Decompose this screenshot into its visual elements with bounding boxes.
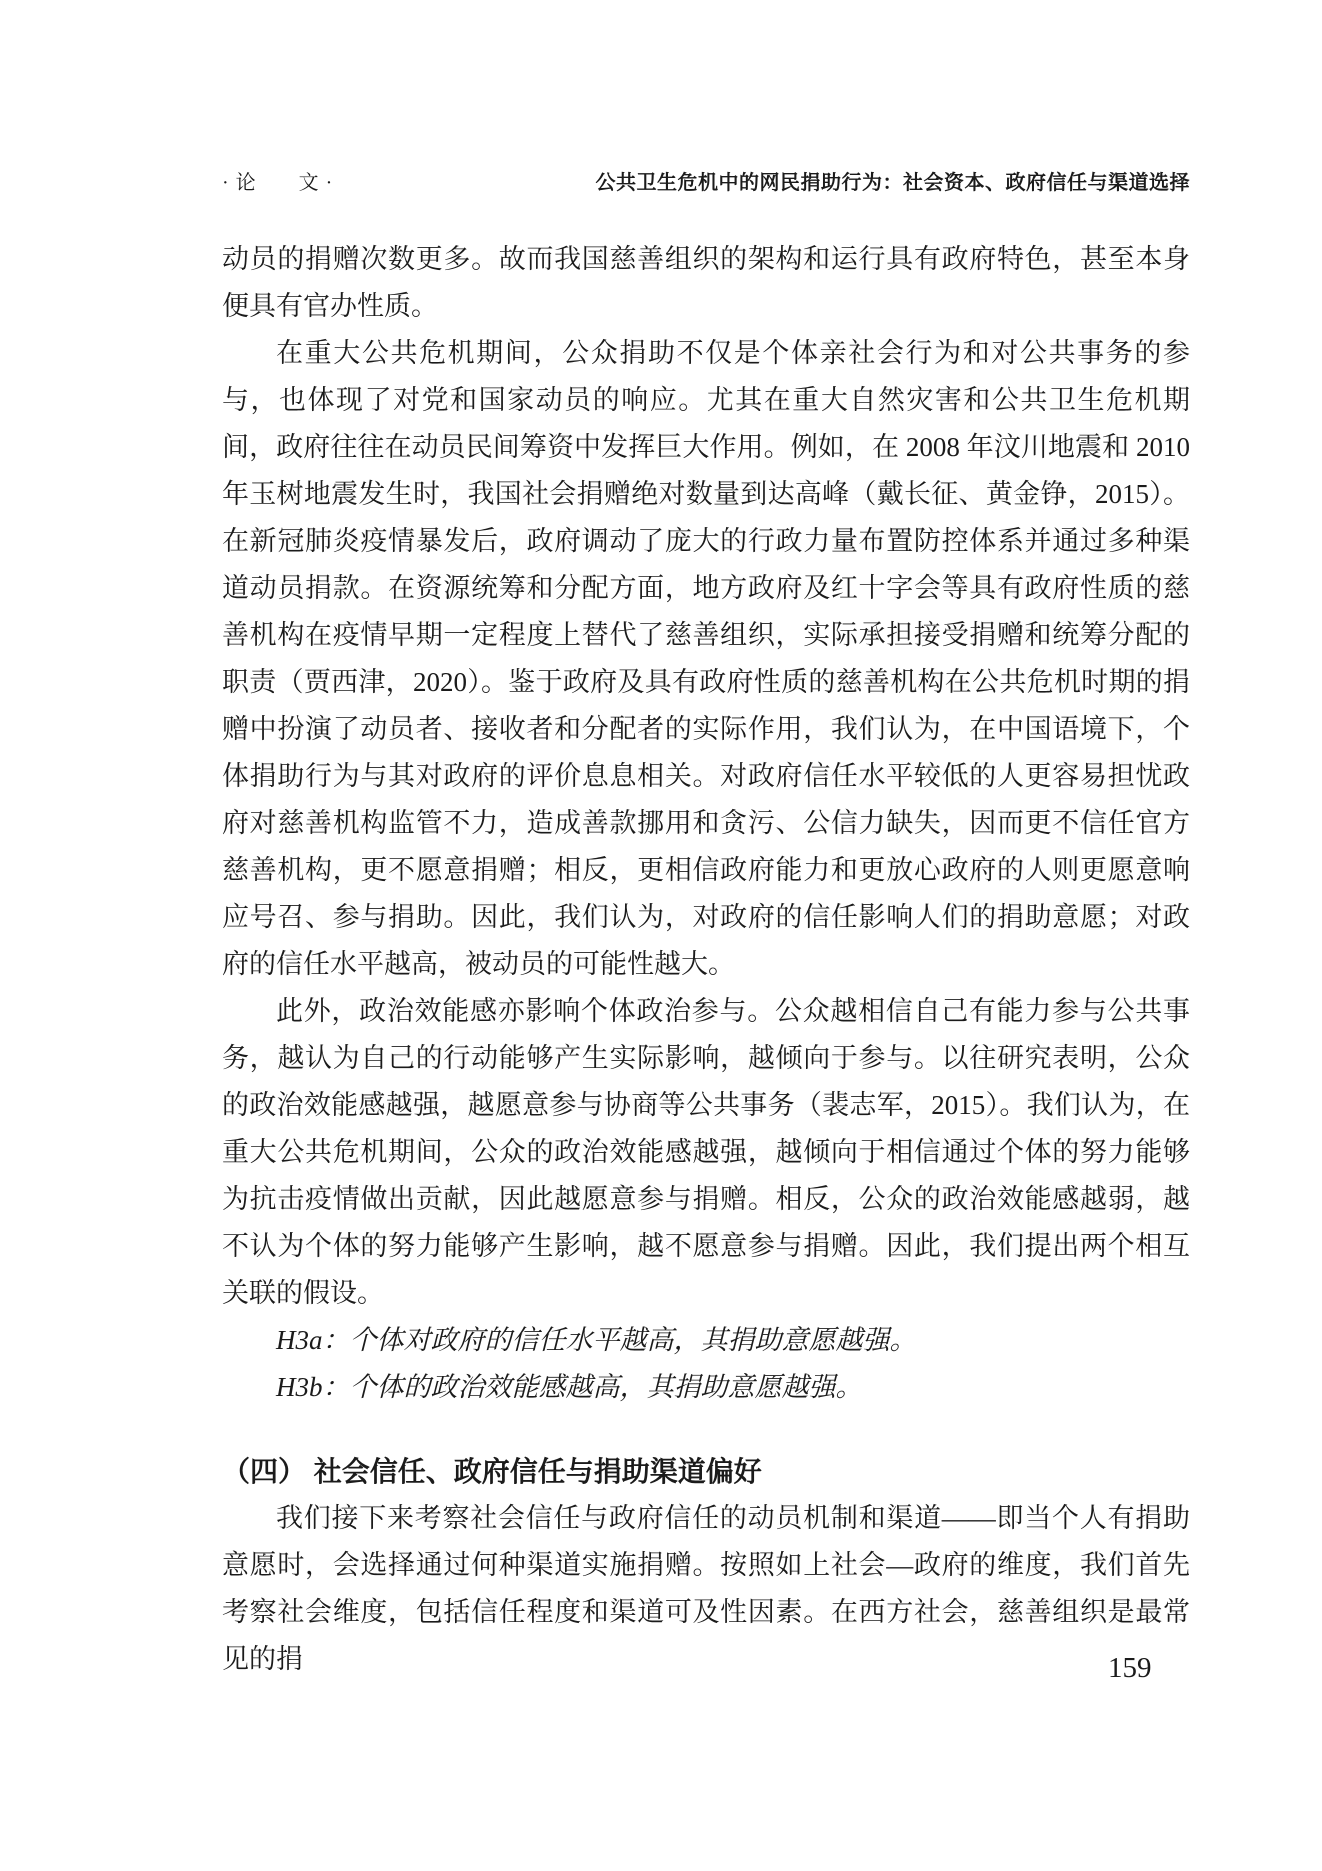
hypothesis-h3b: H3b：个体的政治效能感越高，其捐助意愿越强。 [222, 1364, 1190, 1411]
paragraph-continuation: 动员的捐赠次数更多。故而我国慈善组织的架构和运行具有政府特色，甚至本身便具有官办… [222, 236, 1190, 330]
header-article-type: · 论 文 · [222, 166, 333, 195]
paragraph-channel-preference: 我们接下来考察社会信任与政府信任的动员机制和渠道——即当个人有捐助意愿时，会选择… [222, 1495, 1190, 1683]
paragraph-government-trust: 在重大公共危机期间，公众捐助不仅是个体亲社会行为和对公共事务的参与，也体现了对党… [222, 330, 1190, 988]
running-header: · 论 文 · 公共卫生危机中的网民捐助行为：社会资本、政府信任与渠道选择 [222, 166, 1190, 195]
section-heading-four: （四） 社会信任、政府信任与捐助渠道偏好 [222, 1448, 1190, 1495]
paragraph-political-efficacy: 此外，政治效能感亦影响个体政治参与。公众越相信自己有能力参与公共事务，越认为自己… [222, 988, 1190, 1317]
paper-page: · 论 文 · 公共卫生危机中的网民捐助行为：社会资本、政府信任与渠道选择 动员… [0, 0, 1322, 1871]
header-article-title: 公共卫生危机中的网民捐助行为：社会资本、政府信任与渠道选择 [596, 166, 1191, 195]
hypothesis-h3a: H3a：个体对政府的信任水平越高，其捐助意愿越强。 [222, 1317, 1190, 1364]
article-body: 动员的捐赠次数更多。故而我国慈善组织的架构和运行具有政府特色，甚至本身便具有官办… [222, 236, 1190, 1683]
page-number: 159 [1108, 1653, 1152, 1683]
